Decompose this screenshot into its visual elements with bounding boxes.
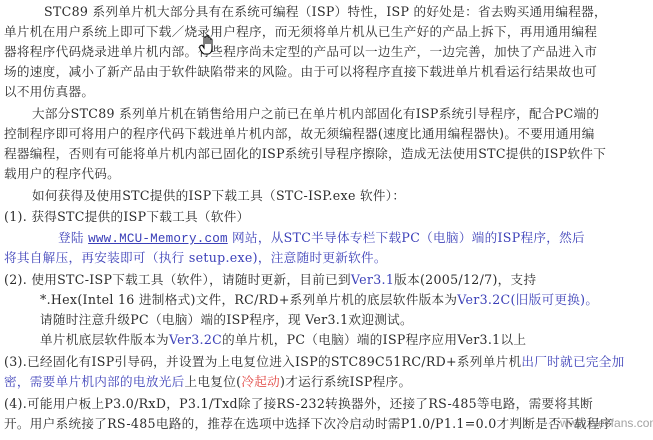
paragraph1-line5: 以不用仿真器。 (4, 82, 94, 101)
version-badge: Ver3.1 (351, 272, 394, 287)
step2-line4-prefix: 单片机底层软件版本为 (40, 332, 169, 347)
paragraph2-line4: 载用户的程序代码。 (4, 164, 120, 183)
step4-line1: (4).可能用户板上P3.0/RxD，P3.1/Txd除了接RS-232转换器外… (4, 394, 593, 413)
step1-title: (1). 获得STC提供的ISP下载工具（软件） (4, 207, 250, 226)
mcu-memory-link[interactable]: www.MCU-Memory.com (88, 232, 228, 246)
document-page: STC89 系列单片机大部分具有在系统可编程（ISP）特性，ISP 的好处是：省… (0, 0, 653, 440)
paragraph2-line2: 控制程序即可将用户的程序代码下载进单片机内部，故无须编程器(速度比通用编程器快)… (4, 124, 595, 143)
paragraph1-line4: 场的速度，减小了新产品由于软件缺陷带来的风险。由于可以将程序直接下载进单片机看运… (4, 62, 597, 81)
step3-line1: (3).已经固化有ISP引导码，并设置为上电复位进入ISP的STC89C51RC… (4, 352, 625, 371)
step2-line2: *.Hex(Intel 16 进制格式)文件，RC/RD+系列单片机的底层软件版… (40, 290, 598, 309)
firmware-version: Ver3.2C(旧版可更换)。 (457, 292, 598, 307)
cold-start-highlight: 冷起动 (241, 374, 280, 389)
hand-pointer-cursor-icon (196, 34, 218, 56)
firmware-version-2: Ver3.2C (169, 332, 222, 347)
watermark: www.elecfans.com (560, 416, 653, 430)
step2-line1-suffix: 版本(2005/12/7)，支持 (394, 272, 536, 287)
step3-line2-suffix: )才运行系统ISP程序。 (280, 374, 411, 389)
step1-line2: 将其自解压，再安装即可（执行 setup.exe)，注意随时更新软件。 (4, 248, 387, 267)
paragraph1-line2: 单片机在用户系统上即可下载／烧录用户程序，而无须将单片机从已生产好的产品上拆下，… (4, 22, 597, 41)
step1-suffix: 网站，从STC半导体专栏下载PC（电脑）端的ISP程序，然后 (228, 230, 585, 245)
step3-line2: 密，需要单片机内部的电放光后上电复位(冷起动)才运行系统ISP程序。 (4, 372, 411, 391)
step4-line2: 开。用户系统接了RS-485电路的，推荐在选项中选择下次冷启动时需P1.0/P1… (4, 414, 613, 433)
step3-line1-prefix: (3).已经固化有ISP引导码，并设置为上电复位进入ISP的STC89C51RC… (4, 354, 521, 369)
step1-prefix: 登陆 (58, 230, 88, 245)
step2-line2-prefix: *.Hex(Intel 16 进制格式)文件，RC/RD+系列单片机的底层软件版… (40, 292, 457, 307)
paragraph1-line1: STC89 系列单片机大部分具有在系统可编程（ISP）特性，ISP 的好处是：省… (44, 2, 607, 21)
step3-highlight-2: 密，需要单片机内部的电放光后 (4, 374, 185, 389)
step2-line1: (2). 使用STC-ISP下载工具（软件），请随时更新，目前已到Ver3.1版… (4, 270, 536, 289)
paragraph1-line3: 器将程序代码烧录进单片机内部。有些程序尚未定型的产品可以一边生产，一边完善，加快… (4, 42, 597, 61)
intro-heading: 如何获得及使用STC提供的ISP下载工具（STC-ISP.exe 软件）： (32, 186, 405, 205)
paragraph2-line1: 大部分STC89 系列单片机在销售给用户之前已在单片机内部固化有ISP系统引导程… (32, 104, 599, 123)
step3-highlight: 出厂时就已完全加 (521, 354, 624, 369)
step2-line1-prefix: (2). 使用STC-ISP下载工具（软件），请随时更新，目前已到 (4, 272, 351, 287)
step2-line4-suffix: 的单片机，PC（电脑）端的ISP程序应用Ver3.1以上 (222, 332, 526, 347)
step3-line2-mid: 上电复位( (185, 374, 242, 389)
step1-line1: 登陆 www.MCU-Memory.com 网站，从STC半导体专栏下载PC（电… (58, 228, 585, 247)
step2-line3: 请随时注意升级PC（电脑）端的ISP程序，现 Ver3.1欢迎测试。 (40, 310, 413, 329)
paragraph2-line3: 程器编程，否则有可能将单片机内部已固化的ISP系统引导程序擦除，造成无法使用ST… (4, 144, 606, 163)
step2-line4: 单片机底层软件版本为Ver3.2C的单片机，PC（电脑）端的ISP程序应用Ver… (40, 330, 526, 349)
